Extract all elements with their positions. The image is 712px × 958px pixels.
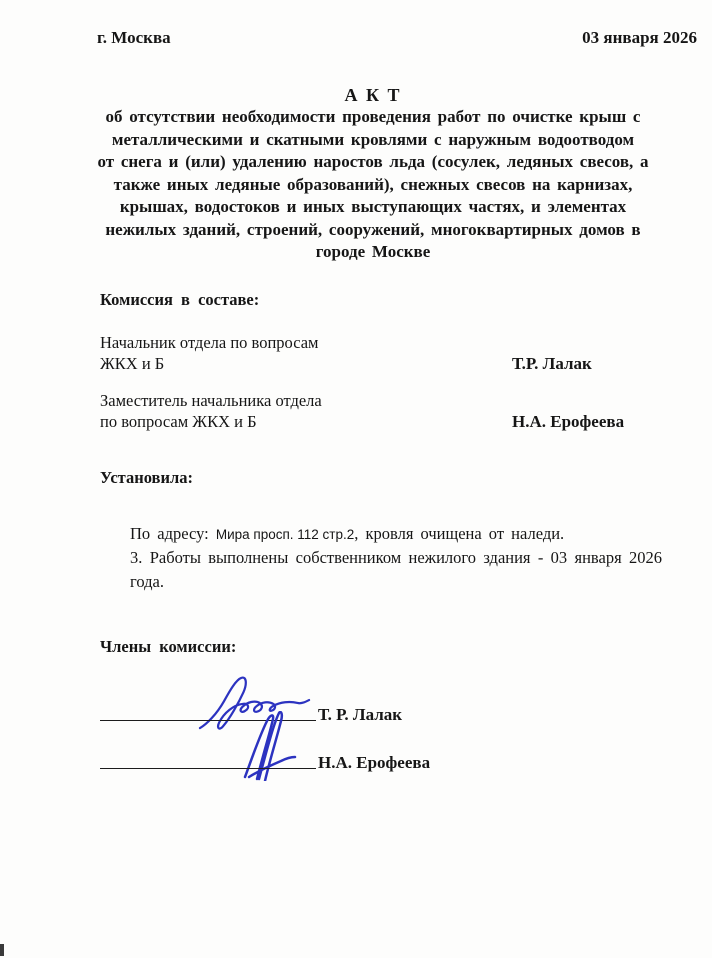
signatory-name: Н.А. Ерофеева [318, 753, 430, 773]
signature-line [100, 709, 316, 721]
handwritten-signature-ink [238, 711, 302, 781]
member-name: Н.А. Ерофеева [512, 411, 624, 432]
title-line: об отсутствии необходимости проведения р… [84, 106, 662, 129]
member-name: Т.Р. Лалак [512, 353, 592, 374]
address-line: По адресу: Мира просп. 112 стр.2, кровля… [100, 522, 662, 547]
title-line: металлическими и скатными кровлями с нар… [84, 129, 662, 152]
commission-member: Заместитель начальника отдела по вопроса… [100, 390, 662, 432]
signature-row: Н.А. Ерофеева [100, 721, 662, 769]
document-body: Комиссия в составе: Начальник отдела по … [100, 290, 662, 770]
title-line: городе Москве [84, 241, 662, 264]
header-date: 03 января 2026 [582, 28, 697, 48]
address-suffix: , кровля очищена от наледи. [354, 524, 564, 543]
document-header: г. Москва 03 января 2026 [97, 28, 697, 48]
commission-label: Комиссия в составе: [100, 290, 662, 310]
signature-baseline: Т. Р. Лалак [100, 705, 662, 721]
findings-paragraphs: По адресу: Мира просп. 112 стр.2, кровля… [100, 522, 662, 594]
title-line: также иных ледяные образований), снежных… [84, 174, 662, 197]
signature-line [100, 757, 316, 769]
address-prefix: По адресу: [130, 524, 216, 543]
signature-row: Т. Р. Лалак [100, 659, 662, 721]
member-position: Начальник отдела по вопросам ЖКХ и Б [100, 332, 512, 374]
title-line: от снега и (или) удалению наростов льда … [84, 151, 662, 174]
work-statement-line: года. [100, 570, 662, 594]
commission-member: Начальник отдела по вопросам ЖКХ и Б Т.Р… [100, 332, 662, 374]
title-line: нежилых зданий, строений, сооружений, мн… [84, 219, 662, 242]
document-page: г. Москва 03 января 2026 А К Т об отсутс… [0, 0, 712, 958]
address-value: Мира просп. 112 стр.2 [216, 527, 354, 542]
member-position-line: по вопросам ЖКХ и Б [100, 411, 512, 432]
document-title-block: А К Т об отсутствии необходимости провед… [84, 84, 662, 264]
committee-members-label: Члены комиссии: [100, 637, 662, 657]
member-position: Заместитель начальника отдела по вопроса… [100, 390, 512, 432]
work-statement-line: 3. Работы выполнены собственником нежило… [100, 546, 662, 570]
scan-edge-artifact [0, 944, 4, 956]
title-line: крышах, водостоков и иных выступающих ча… [84, 196, 662, 219]
signature-baseline: Н.А. Ерофеева [100, 753, 662, 769]
member-position-line: Начальник отдела по вопросам [100, 332, 512, 353]
member-position-line: Заместитель начальника отдела [100, 390, 512, 411]
document-title-heading: А К Т [84, 84, 662, 106]
header-city: г. Москва [97, 28, 171, 48]
established-label: Установила: [100, 468, 662, 488]
member-position-line: ЖКХ и Б [100, 353, 512, 374]
